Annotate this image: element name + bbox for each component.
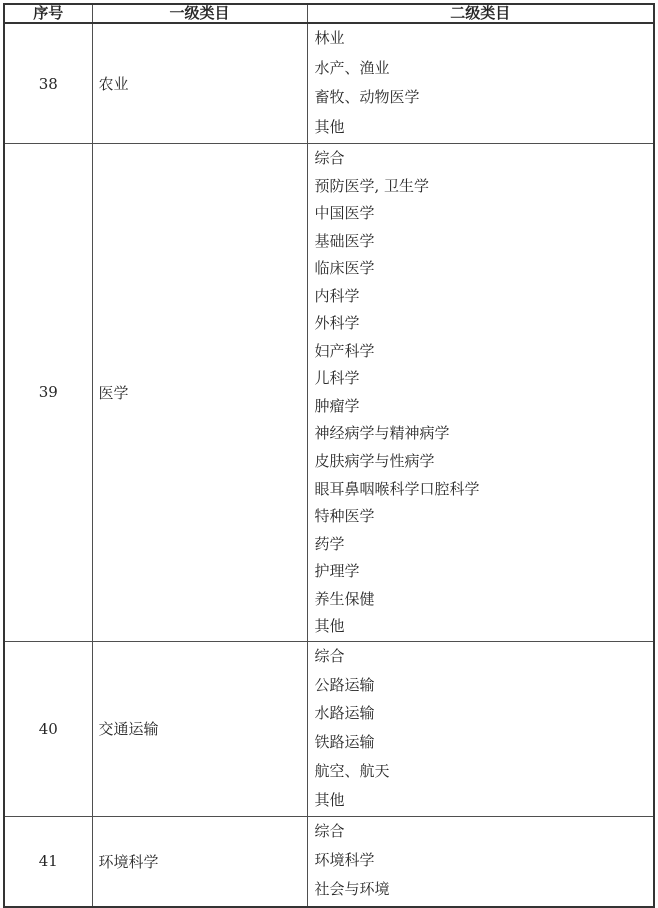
subcategory-list: 综合 预防医学, 卫生学 中国医学 基础医学 临床医学 内科学 外科学 妇产科学… <box>307 144 654 642</box>
column-header-primary-category: 一级类目 <box>92 4 307 23</box>
subcategory-item: 中国医学 <box>315 200 650 228</box>
subcategory-item: 其他 <box>315 114 650 144</box>
subcategory-item: 其他 <box>315 787 650 816</box>
subcategory-item: 铁路运输 <box>315 729 650 758</box>
subcategory-item: 环境科学 <box>315 847 650 876</box>
serial-number: 38 <box>4 23 92 144</box>
subcategory-item: 眼耳鼻咽喉科学口腔科学 <box>315 476 650 504</box>
subcategory-item: 林业 <box>315 25 650 55</box>
subcategory-list: 综合 公路运输 水路运输 铁路运输 航空、航天 其他 <box>307 641 654 816</box>
subcategory-item: 神经病学与精神病学 <box>315 420 650 448</box>
subcategory-item: 特种医学 <box>315 503 650 531</box>
table-row: 38 农业 林业 水产、渔业 畜牧、动物医学 其他 <box>4 23 654 144</box>
subcategory-item: 内科学 <box>315 283 650 311</box>
subcategory-item: 水路运输 <box>315 700 650 729</box>
primary-category: 环境科学 <box>92 816 307 900</box>
subcategory-item: 航空、航天 <box>315 758 650 787</box>
table-header-row: 序号 一级类目 二级类目 <box>4 4 654 23</box>
subcategory-item: 畜牧、动物医学 <box>315 84 650 114</box>
document-page: 序号 一级类目 二级类目 38 农业 林业 水产、渔业 畜牧、动物医学 其他 3… <box>3 3 655 900</box>
serial-number: 39 <box>4 144 92 642</box>
table-row: 39 医学 综合 预防医学, 卫生学 中国医学 基础医学 临床医学 内科学 外科… <box>4 144 654 642</box>
subcategory-item: 综合 <box>315 145 650 173</box>
subcategory-item: 综合 <box>315 818 650 847</box>
subcategory-item: 儿科学 <box>315 365 650 393</box>
subcategory-item: 养生保健 <box>315 586 650 614</box>
table-row: 41 环境科学 综合 环境科学 社会与环境 <box>4 816 654 900</box>
primary-category: 医学 <box>92 144 307 642</box>
subcategory-item: 临床医学 <box>315 255 650 283</box>
subcategory-list: 林业 水产、渔业 畜牧、动物医学 其他 <box>307 23 654 144</box>
subcategory-item: 公路运输 <box>315 672 650 701</box>
primary-category: 交通运输 <box>92 641 307 816</box>
subcategory-item: 其他 <box>315 613 650 641</box>
subcategory-item: 肿瘤学 <box>315 393 650 421</box>
column-header-secondary-category: 二级类目 <box>307 4 654 23</box>
primary-category: 农业 <box>92 23 307 144</box>
subcategory-item: 预防医学, 卫生学 <box>315 173 650 201</box>
subcategory-list: 综合 环境科学 社会与环境 <box>307 816 654 900</box>
subcategory-item: 基础医学 <box>315 228 650 256</box>
subcategory-item: 水产、渔业 <box>315 55 650 85</box>
subcategory-item: 药学 <box>315 531 650 559</box>
table-row: 40 交通运输 综合 公路运输 水路运输 铁路运输 航空、航天 其他 <box>4 641 654 816</box>
subcategory-item: 皮肤病学与性病学 <box>315 448 650 476</box>
subcategory-item: 综合 <box>315 643 650 672</box>
category-table: 序号 一级类目 二级类目 38 农业 林业 水产、渔业 畜牧、动物医学 其他 3… <box>3 3 655 900</box>
serial-number: 41 <box>4 816 92 900</box>
subcategory-item: 外科学 <box>315 310 650 338</box>
column-header-serial: 序号 <box>4 4 92 23</box>
serial-number: 40 <box>4 641 92 816</box>
subcategory-item: 社会与环境 <box>315 876 650 900</box>
subcategory-item: 妇产科学 <box>315 338 650 366</box>
subcategory-item: 护理学 <box>315 558 650 586</box>
